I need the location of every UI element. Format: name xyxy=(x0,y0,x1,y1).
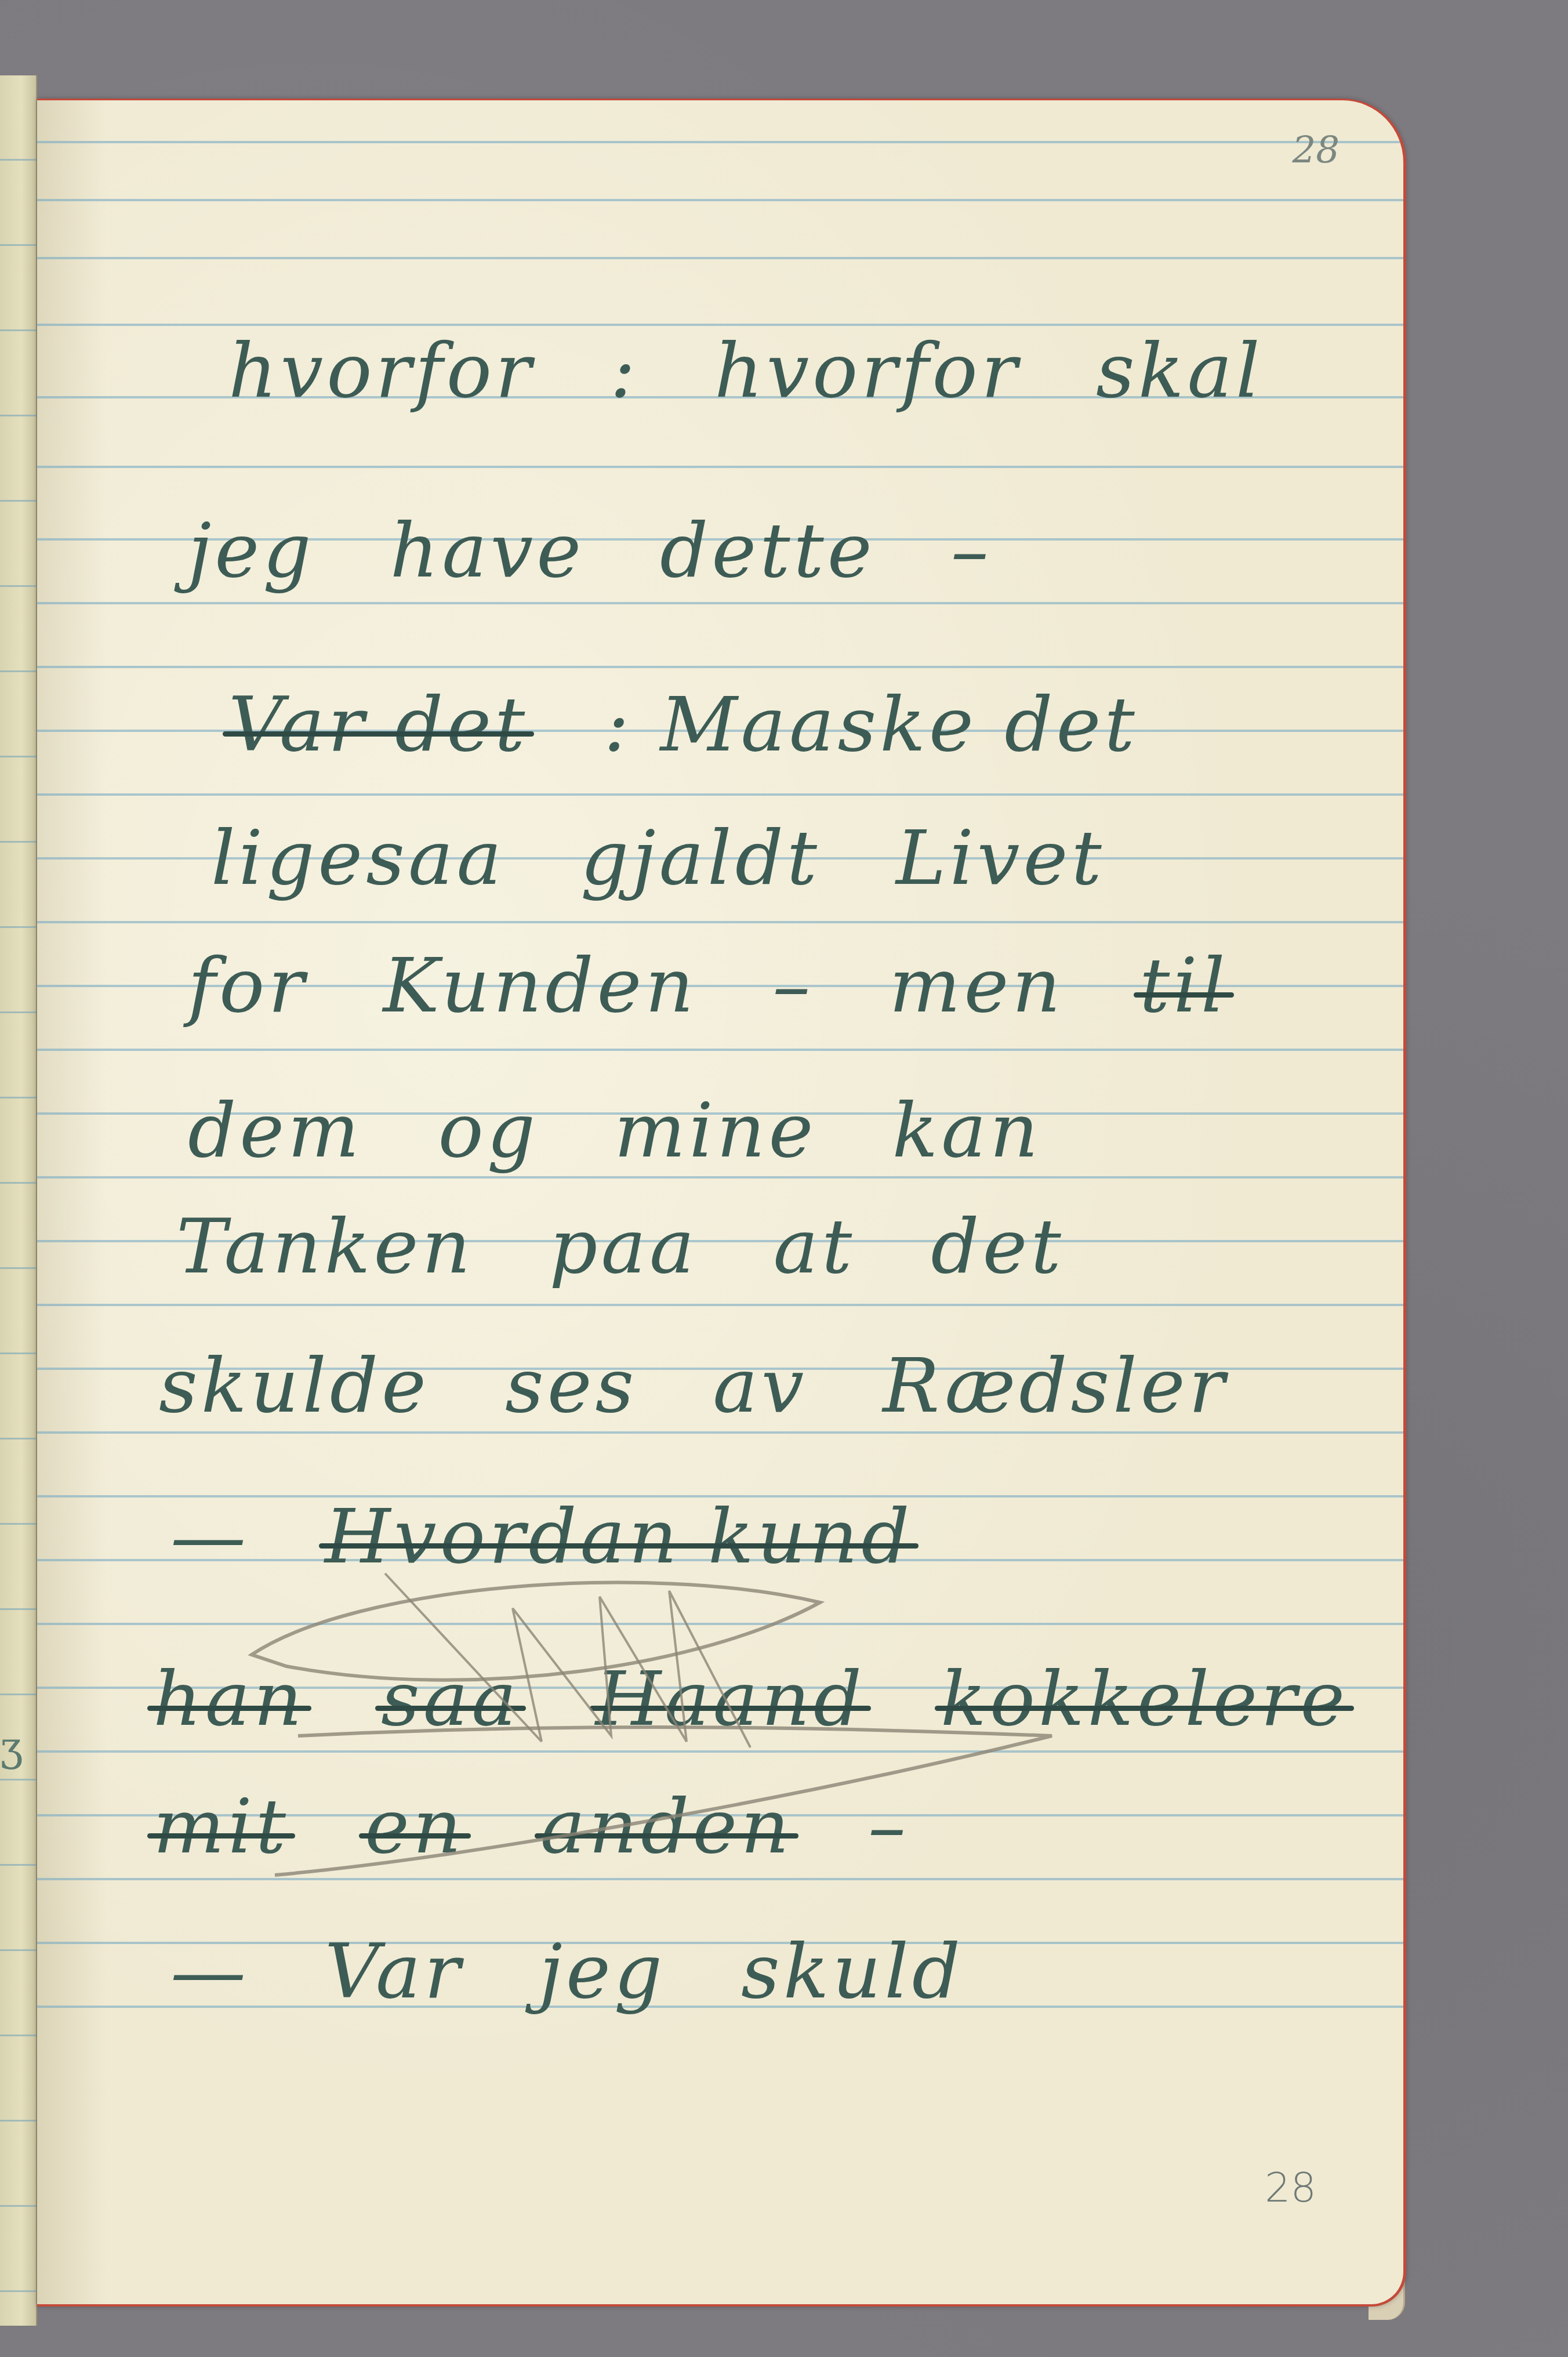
word: det xyxy=(931,1202,1064,1290)
word: – xyxy=(868,1782,909,1870)
handwriting-line-3: Var det: Maaske det xyxy=(228,680,1214,768)
left-page-rulings xyxy=(0,75,36,2326)
word: Rædsler xyxy=(883,1341,1228,1430)
ruling-line xyxy=(37,324,1403,326)
ruling-line xyxy=(37,793,1403,796)
ruling-line xyxy=(37,1304,1403,1306)
struck-word: Hvordan kund xyxy=(325,1492,913,1580)
word: skulde xyxy=(159,1341,430,1430)
word: for xyxy=(188,941,308,1029)
ruling-line xyxy=(37,1623,1403,1625)
word: mine xyxy=(614,1086,817,1174)
word: : Maaske det xyxy=(604,680,1138,768)
word: men xyxy=(889,941,1064,1029)
ruling-line xyxy=(37,602,1403,604)
handwriting-line-12: —Varjegskuld xyxy=(170,1927,1039,2015)
word: : xyxy=(610,327,639,415)
ruling-line xyxy=(37,257,1403,259)
word: gjaldt xyxy=(580,814,821,902)
word: og xyxy=(438,1086,538,1174)
handwriting-line-9: —Hvordan kund xyxy=(170,1492,988,1580)
word: — xyxy=(170,1927,249,2015)
ruling-line xyxy=(37,666,1403,668)
ruling-line xyxy=(37,1750,1403,1753)
handwriting-line-6: demogminekan xyxy=(188,1086,1117,1174)
ruling-line xyxy=(37,466,1403,468)
ruling-line xyxy=(37,1176,1403,1178)
word: jeg xyxy=(188,506,314,594)
word: — xyxy=(170,1492,249,1580)
handwriting-line-5: forKunden–mentil xyxy=(188,941,1304,1029)
page-number-top: 28 xyxy=(1293,129,1340,172)
ruling-line xyxy=(37,921,1403,923)
word: Tanken xyxy=(176,1202,474,1290)
struck-word: til xyxy=(1139,941,1228,1029)
left-facing-page: ʒ xyxy=(0,75,37,2326)
page-number-bottom: 28 xyxy=(1265,2164,1316,2211)
word: – xyxy=(772,941,814,1029)
word: Livet xyxy=(896,814,1105,902)
word: have xyxy=(390,506,585,594)
handwriting-line-4: ligesaagjaldtLivet xyxy=(211,814,1181,902)
word: jeg xyxy=(539,1927,666,2015)
word: dem xyxy=(188,1086,362,1174)
ruling-line xyxy=(37,199,1403,201)
handwriting-line-8: skuldesesavRædsler xyxy=(159,1341,1304,1430)
struck-word: mit xyxy=(153,1782,289,1870)
handwriting-line-10: hansaaHaandkokkelere xyxy=(153,1655,1406,1743)
struck-word: anden xyxy=(540,1782,793,1870)
ruling-line xyxy=(37,1431,1403,1434)
word: hvorfor xyxy=(228,327,535,415)
struck-word: Haand xyxy=(596,1655,865,1743)
word: Kunden xyxy=(383,941,698,1029)
word: ligesaa xyxy=(211,814,505,902)
handwriting-line-7: Tankenpaaatdet xyxy=(176,1202,1140,1290)
word: hvorfor xyxy=(714,327,1021,415)
word: – xyxy=(951,506,992,594)
struck-word: Var det xyxy=(228,680,528,768)
word: at xyxy=(774,1202,856,1290)
word: kan xyxy=(892,1086,1041,1174)
word: ses xyxy=(505,1341,637,1430)
ruling-line xyxy=(37,1878,1403,1880)
notebook-page: 28 hvorfor:hvorforskal jeghavedette– Var… xyxy=(37,99,1406,2307)
handwriting-line-2: jeghavedette– xyxy=(188,506,1068,594)
word: paa xyxy=(549,1202,698,1290)
struck-word: han xyxy=(153,1655,306,1743)
ruling-line xyxy=(37,1049,1403,1051)
handwriting-line-1: hvorfor:hvorforskal xyxy=(228,327,1339,415)
handwriting-line-11: mitenanden– xyxy=(153,1782,985,1870)
left-page-margin-mark: ʒ xyxy=(0,1723,23,1770)
ruling-line xyxy=(37,141,1403,143)
struck-word: saa xyxy=(381,1655,520,1743)
word: av xyxy=(713,1341,807,1430)
word: skuld xyxy=(741,1927,964,2015)
word: Var xyxy=(325,1927,464,2015)
struck-word: kokkelere xyxy=(941,1655,1348,1743)
struck-word: en xyxy=(365,1782,465,1870)
word: dette xyxy=(660,506,876,594)
word: skal xyxy=(1096,327,1264,415)
